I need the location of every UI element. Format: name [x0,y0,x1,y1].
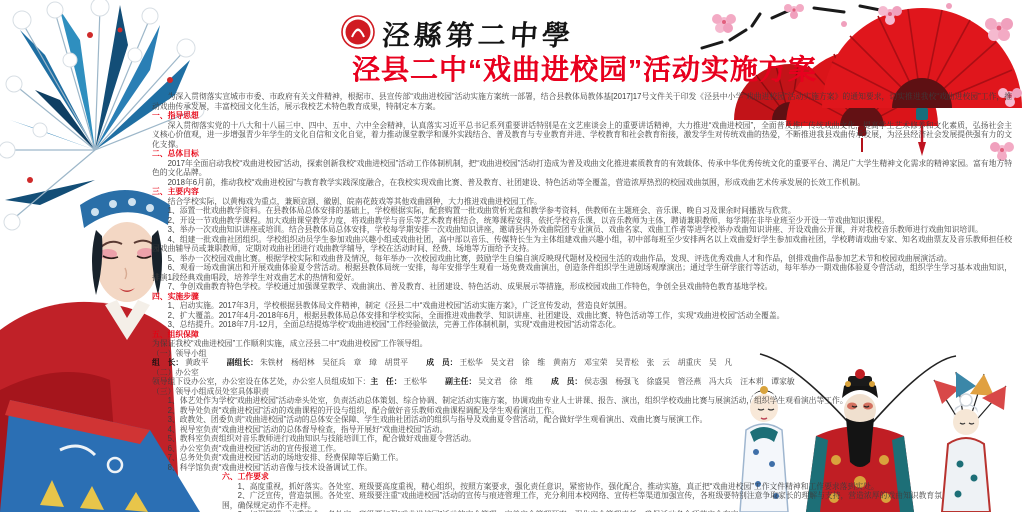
office-vice-director-names: 吴文君 徐 维 [478,377,533,386]
main-content-item-1: 1、添置一批戏曲教学资料。在县教体局总体安排的基础上，学校根据实际，配套购置一批… [152,206,1012,216]
duty-item-1: 1、体艺处作为学校“戏曲进校园”活动牵头处室，负责活动总体策划、综合协调、制定活… [152,396,1012,406]
main-content-item-5: 5、举办一次校园戏曲比赛。根据学校实际和戏曲普及情况，每年举办一次校园戏曲比赛，… [152,254,1012,264]
intro-paragraph: 为深入贯彻落实宣城市市委、市政府有关文件精神，根据市、县宣传部“戏曲进校园”活动… [152,92,1012,111]
main-content-item-6: 6、观看一场戏曲演出和开展戏曲体验夏令营活动。根据县教体局统一安排，每年安排学生… [152,263,1012,282]
deputy-leaders-names: 朱铁材 杨绍林 吴征兵 章 璋 胡贯平 [260,358,408,367]
main-content-item-4: 4、组建一批戏曲社团组织。学校组织动员学生参加戏曲兴趣小组或戏曲社团，高中部以音… [152,235,1012,254]
office-members-names: 侯志强 杨强飞 徐盛昊 管泾燕 冯大兵 汪本莉 谭家敏 [584,377,795,386]
members-label: 成 员： [426,358,457,367]
section-heading-work-requirements: 六、工作要求 [222,472,942,482]
main-content-lead: 结合学校实际，以黄梅戏为重点，兼顾京剧、徽剧、皖南花鼓戏等其他戏曲剧种，大力推进… [152,197,1012,207]
leader-name: 黄政平 [185,358,208,367]
main-content-item-3: 3、举办一次戏曲知识讲座或培训。结合县教体局总体安排，学校每学期安排一次戏曲知识… [152,225,1012,235]
section-heading-organization: 五、组织保障 [152,330,1012,340]
school-logo [341,15,375,49]
office-intro: 领导组下设办公室，办公室设在体艺处，办公室人员组成如下： [152,377,370,386]
poster: 泾縣第二中學 泾县二中“戏曲进校园”活动实施方案 为深入贯彻落实宣城市市委、市政… [0,0,1024,512]
duty-item-5: 5、教科室负责组织对音乐教师进行戏曲知识与技能培训工作，配合做好戏曲夏令营活动。 [152,434,1012,444]
step-item-2: 2、扩大覆盖。2017年4月-2018年6月，根据县教体局总体安排和学校实际，全… [152,311,1012,321]
duty-item-4: 4、视导室负责“戏曲进校园”活动的总体督导检查，指导开展好“戏曲进校园”活动。 [152,425,1012,435]
main-content-item-7: 7、争创戏曲教育特色学校。学校通过加强课堂教学、戏曲演出、普及教育、社团建设、特… [152,282,1012,292]
main-content-item-2: 2、开设一节戏曲教学课程。加大戏曲课堂教学力度，将戏曲教学与音乐等艺术教育相结合… [152,216,1012,226]
office-director-name: 王松华 [404,377,427,386]
section-work-requirements: 六、工作要求 1、高度重视，抓好落实。各处室、班级要高度重视，精心组织，按照方案… [222,472,942,512]
section-heading-overall-goals: 二、总体目标 [152,149,1012,159]
requirement-item-1: 1、高度重视，抓好落实。各处室、班级要高度重视，精心组织，按照方案要求，强化责任… [222,482,942,492]
section-heading-main-content: 三、主要内容 [152,187,1012,197]
goal-2017-paragraph: 2017年全面启动我校“戏曲进校园”活动，探索创新我校“戏曲进校园”活动工作体制… [152,159,1012,178]
requirement-item-2: 2、广泛宣传，营造氛围。各处室、班级要注重“戏曲进校园”活动的宣传与痕迹管理工作… [222,491,942,510]
office-director-label: 主 任： [370,377,401,386]
step-item-1: 1、启动实施。2017年3月，学校根据县教体局文件精神，制定《泾县二中“戏曲进校… [152,301,1012,311]
leading-group-line: 组 长：黄政平 副组长：朱铁材 杨绍林 吴征兵 章 璋 胡贯平 成 员：王松华 … [152,358,1012,368]
office-line: 领导组下设办公室，办公室设在体艺处，办公室人员组成如下：主 任：王松华 副主任：… [152,377,1012,387]
duties-label: （三）领导小组成员处室具体职责 [152,387,1012,397]
duty-item-8: 8、科学馆负责“戏曲进校园”活动音像与技术设备调试工作。 [152,463,1012,473]
leading-group-label: （一）领导小组 [152,349,1012,359]
members-names: 王松华 吴文君 徐 维 黄南方 邓宝荣 吴青松 张 云 胡重庆 吴 凡 [459,358,732,367]
office-vice-director-label: 副主任： [445,377,476,386]
page-title: 泾县二中“戏曲进校园”活动实施方案 [352,48,912,88]
section-heading-guiding-ideology: 一、指导思想 [152,111,1012,121]
step-item-3: 3、总结提升。2018年7月-12月，全面总结提炼学校“戏曲进校园”工作经验做法… [152,320,1012,330]
duty-item-3: 3、政教处、团委负责“戏曲进校园”活动的总体安全保障、学生戏曲社团活动的组织与指… [152,415,1012,425]
section-heading-implementation-steps: 四、实施步骤 [152,292,1012,302]
goal-2018-paragraph: 2018年6月前，推动我校“戏曲进校园”与教育教学实践深度融合，在我校实现戏曲比… [152,178,1012,188]
office-members-label: 成 员： [551,377,582,386]
office-label: （二）办公室 [152,368,1012,378]
deputy-leaders-label: 副组长： [227,358,258,367]
leader-label: 组 长： [152,358,183,367]
duty-item-6: 6、办公室负责“戏曲进校园”活动的宣传报道工作。 [152,444,1012,454]
organization-lead: 为保证我校“戏曲进校园”工作顺利实施，成立泾县二中“戏曲进校园”工作领导组。 [152,339,1012,349]
duty-item-7: 7、总务处负责“戏曲进校园”活动的场地安排、经费保障等后勤工作。 [152,453,1012,463]
duty-item-2: 2、教导处负责“戏曲进校园”活动的戏曲课程的开设与组织，配合做好音乐教师戏曲课程… [152,406,1012,416]
guiding-ideology-paragraph: 深入贯彻落实党的十八大和十八届三中、四中、五中、六中全会精神，认真落实习近平总书… [152,121,1012,150]
document-body: 为深入贯彻落实宣城市市委、市政府有关文件精神，根据市、县宣传部“戏曲进校园”活动… [152,92,1012,512]
